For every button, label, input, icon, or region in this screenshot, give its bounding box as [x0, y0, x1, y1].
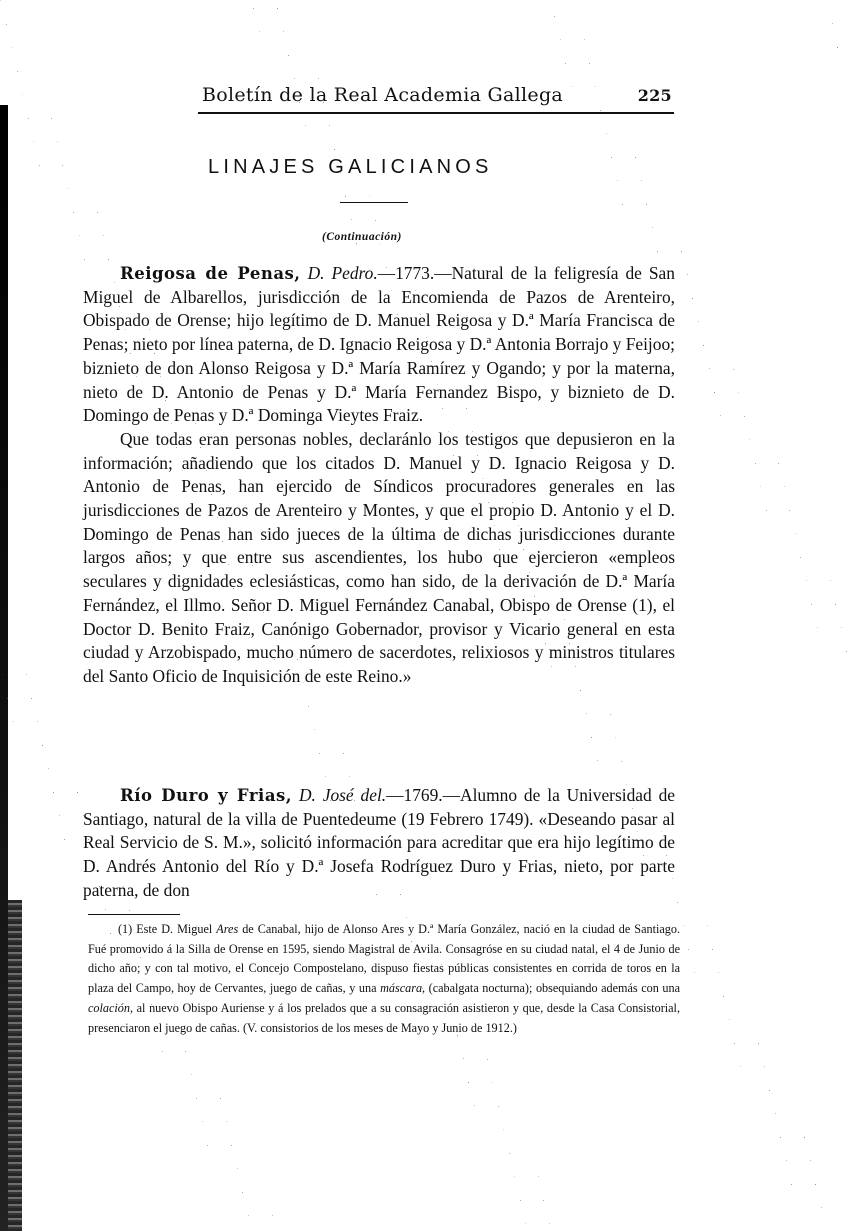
- scan-noise: [744, 416, 745, 417]
- book-binding-shadow: [8, 900, 22, 1231]
- scan-noise: [17, 71, 18, 72]
- scan-noise: [621, 761, 622, 762]
- scan-noise: [688, 949, 689, 950]
- scan-noise: [810, 1160, 811, 1161]
- scan-noise: [246, 541, 247, 542]
- scan-noise: [420, 314, 421, 315]
- scan-noise: [248, 1215, 249, 1216]
- scan-noise: [540, 619, 541, 620]
- scan-noise: [499, 549, 500, 550]
- footnote-italic-term: Ares: [216, 922, 238, 936]
- scan-noise: [591, 737, 592, 738]
- scan-noise: [632, 808, 633, 809]
- scan-noise: [253, 8, 254, 9]
- scan-noise: [279, 682, 280, 683]
- scan-noise: [220, 1098, 221, 1099]
- scan-noise: [837, 47, 838, 48]
- scan-noise: [637, 831, 638, 832]
- scan-noise: [758, 1043, 759, 1044]
- scan-noise: [2, 674, 3, 675]
- scan-noise: [525, 1223, 526, 1224]
- scan-noise: [477, 455, 478, 456]
- scan-noise: [33, 141, 34, 142]
- scan-noise: [595, 86, 596, 87]
- scan-noise: [543, 1200, 544, 1201]
- scan-noise: [53, 792, 54, 793]
- scan-noise: [661, 831, 662, 832]
- scan-noise: [349, 776, 350, 777]
- scan-noise: [257, 588, 258, 589]
- scan-noise: [0, 0, 1, 1]
- scan-noise: [77, 792, 78, 793]
- scan-noise: [108, 259, 109, 260]
- scan-noise: [569, 643, 570, 644]
- scan-noise: [226, 1121, 227, 1122]
- entry-given-name: D. José del.: [299, 785, 386, 805]
- scan-noise: [610, 714, 611, 715]
- title-rule: [340, 202, 408, 203]
- scan-noise: [512, 502, 513, 503]
- scan-noise: [129, 910, 130, 911]
- scan-noise: [778, 463, 779, 464]
- entry-reigosa-de-penas: Reigosa de Penas, D. Pedro.—1773.—Natura…: [83, 262, 675, 689]
- scan-noise: [371, 870, 372, 871]
- scan-noise: [305, 125, 306, 126]
- entry-text: —1773.—Natural de la feligresía de San M…: [83, 263, 675, 425]
- scan-noise: [529, 572, 530, 573]
- scan-noise: [191, 1074, 192, 1075]
- scan-noise: [600, 110, 601, 111]
- scan-noise: [26, 674, 27, 675]
- scan-noise: [672, 878, 673, 879]
- scan-noise: [162, 1051, 163, 1052]
- scan-noise: [323, 102, 324, 103]
- scan-noise: [441, 964, 442, 965]
- entry-surname: Reigosa de Penas,: [120, 264, 301, 283]
- scan-noise: [821, 1207, 822, 1208]
- scan-noise: [114, 282, 115, 283]
- scan-noise: [395, 870, 396, 871]
- scan-noise: [811, 604, 812, 605]
- entry-paragraph: Reigosa de Penas, D. Pedro.—1773.—Natura…: [83, 262, 675, 428]
- scan-noise: [97, 212, 98, 213]
- scan-noise: [134, 933, 135, 934]
- scan-noise: [514, 1176, 515, 1177]
- scan-noise: [231, 1145, 232, 1146]
- scan-noise: [217, 517, 218, 518]
- scan-noise: [375, 220, 376, 221]
- scan-noise: [406, 917, 407, 918]
- scan-noise: [206, 470, 207, 471]
- scan-noise: [575, 666, 576, 667]
- scan-noise: [340, 172, 341, 173]
- scan-noise: [31, 698, 32, 699]
- scan-noise: [712, 949, 713, 950]
- scan-noise: [780, 1137, 781, 1138]
- scan-noise: [411, 941, 412, 942]
- footnote-italic-term: máscara: [380, 981, 422, 995]
- entry-rio-duro-y-frias: Río Duro y Frias, D. José del.—1769.—Alu…: [83, 784, 675, 903]
- scan-noise: [343, 753, 344, 754]
- page-number: 225: [638, 86, 672, 105]
- scan-noise: [356, 243, 357, 244]
- scan-noise: [564, 619, 565, 620]
- scan-noise: [200, 447, 201, 448]
- scan-noise: [683, 925, 684, 926]
- scan-noise: [786, 1160, 787, 1161]
- scan-noise: [554, 16, 555, 17]
- scan-noise: [195, 423, 196, 424]
- scan-noise: [549, 1223, 550, 1224]
- scan-noise: [652, 227, 653, 228]
- scan-noise: [800, 557, 801, 558]
- scan-noise: [832, 23, 833, 24]
- scan-noise: [538, 1176, 539, 1177]
- scan-noise: [94, 862, 95, 863]
- scan-noise: [657, 251, 658, 252]
- scan-noise: [272, 1215, 273, 1216]
- scan-noise: [806, 580, 807, 581]
- scan-noise: [351, 219, 352, 220]
- entry-paragraph: Río Duro y Frias, D. José del.—1769.—Alu…: [83, 784, 675, 903]
- scan-noise: [453, 455, 454, 456]
- scan-noise: [386, 267, 387, 268]
- scan-noise: [28, 118, 29, 119]
- scan-noise: [165, 400, 166, 401]
- scan-noise: [59, 815, 60, 816]
- scan-noise: [130, 353, 131, 354]
- section-subtitle: (Continuación): [322, 231, 402, 243]
- scan-noise: [252, 565, 253, 566]
- scan-noise: [397, 314, 398, 315]
- scan-noise: [149, 329, 150, 330]
- scan-noise: [57, 141, 58, 142]
- scan-noise: [354, 800, 355, 801]
- scan-noise: [703, 345, 704, 346]
- scan-noise: [369, 196, 370, 197]
- scan-noise: [428, 1011, 429, 1012]
- section-title: LINAJES GALICIANOS: [208, 156, 493, 179]
- entry-surname: Río Duro y Frias,: [120, 786, 292, 805]
- scan-noise: [846, 651, 847, 652]
- scan-noise: [13, 721, 14, 722]
- scan-noise: [474, 1105, 475, 1106]
- scan-noise: [733, 369, 734, 370]
- scan-noise: [766, 510, 767, 511]
- scan-noise: [263, 612, 264, 613]
- scan-noise: [400, 894, 401, 895]
- book-binding-edge: [0, 105, 8, 1231]
- scan-noise: [136, 376, 137, 377]
- scan-noise: [646, 204, 647, 205]
- scan-noise: [174, 1004, 175, 1005]
- scan-noise: [314, 729, 315, 730]
- scan-noise: [389, 847, 390, 848]
- scan-noise: [79, 235, 80, 236]
- scan-noise: [125, 329, 126, 330]
- scan-noise: [597, 760, 598, 761]
- scan-noise: [615, 737, 616, 738]
- scan-noise: [37, 721, 38, 722]
- scan-noise: [380, 243, 381, 244]
- scan-noise: [7, 698, 8, 699]
- scan-noise: [294, 78, 295, 79]
- scan-noise: [437, 384, 438, 385]
- scan-noise: [463, 1058, 464, 1059]
- scan-noise: [468, 1082, 469, 1083]
- scan-noise: [641, 180, 642, 181]
- entry-given-name: D. Pedro.: [308, 263, 378, 283]
- scan-noise: [611, 157, 612, 158]
- scan-noise: [207, 1145, 208, 1146]
- scan-noise: [764, 1066, 765, 1067]
- footnote: (1) Este D. Miguel Ares de Canabal, hijo…: [88, 920, 680, 1038]
- scan-noise: [694, 972, 695, 973]
- scan-noise: [185, 1051, 186, 1052]
- scan-noise: [211, 494, 212, 495]
- scan-noise: [202, 1121, 203, 1122]
- scan-noise: [755, 463, 756, 464]
- scan-noise: [841, 627, 842, 628]
- scan-noise: [749, 439, 750, 440]
- scan-noise: [182, 470, 183, 471]
- scan-noise: [288, 55, 289, 56]
- scan-noise: [643, 855, 644, 856]
- scan-noise: [156, 1027, 157, 1028]
- scan-noise: [709, 368, 710, 369]
- scan-noise: [466, 408, 467, 409]
- scan-noise: [68, 188, 69, 189]
- scan-noise: [483, 478, 484, 479]
- scan-noise: [303, 682, 304, 683]
- scan-noise: [42, 745, 43, 746]
- scan-noise: [391, 290, 392, 291]
- scan-noise: [84, 259, 85, 260]
- scan-noise: [283, 31, 284, 32]
- scan-noise: [589, 63, 590, 64]
- scan-noise: [242, 1192, 243, 1193]
- scan-noise: [723, 996, 724, 997]
- scan-noise: [626, 784, 627, 785]
- scan-noise: [666, 855, 667, 856]
- scan-noise: [734, 1043, 735, 1044]
- scan-noise: [560, 39, 561, 40]
- scan-noise: [487, 1059, 488, 1060]
- scan-noise: [663, 274, 664, 275]
- scan-noise: [494, 525, 495, 526]
- scan-noise: [687, 274, 688, 275]
- scan-noise: [740, 1066, 741, 1067]
- scan-noise: [171, 423, 172, 424]
- scan-noise: [551, 666, 552, 667]
- scan-noise: [448, 431, 449, 432]
- footnote-marker: (1): [118, 922, 132, 936]
- running-head: Boletín de la Real Academia Gallega 225: [202, 80, 674, 110]
- footnote-rule: [88, 914, 180, 915]
- scan-noise: [446, 988, 447, 989]
- scan-noise: [103, 235, 104, 236]
- scan-noise: [498, 1106, 499, 1107]
- scan-noise: [422, 988, 423, 989]
- scan-noise: [334, 149, 335, 150]
- scan-noise: [835, 604, 836, 605]
- scan-noise: [635, 157, 636, 158]
- entry-paragraph: Que todas eran personas nobles, declarán…: [83, 428, 675, 689]
- scan-noise: [402, 337, 403, 338]
- scan-noise: [518, 525, 519, 526]
- scan-noise: [622, 204, 623, 205]
- scan-noise: [140, 957, 141, 958]
- scan-noise: [789, 510, 790, 511]
- scan-noise: [692, 298, 693, 299]
- scan-noise: [580, 690, 581, 691]
- scan-noise: [274, 659, 275, 660]
- scan-noise: [222, 541, 223, 542]
- scan-noise: [668, 298, 669, 299]
- scan-noise: [325, 776, 326, 777]
- scan-noise: [180, 1027, 181, 1028]
- scan-noise: [22, 94, 23, 95]
- scan-noise: [51, 118, 52, 119]
- scan-noise: [472, 431, 473, 432]
- footnote-paragraph: (1) Este D. Miguel Ares de Canabal, hijo…: [88, 920, 680, 1038]
- scan-noise: [88, 839, 89, 840]
- scan-noise: [308, 706, 309, 707]
- scan-noise: [520, 1200, 521, 1201]
- scan-noise: [817, 627, 818, 628]
- scan-noise: [345, 196, 346, 197]
- scan-noise: [360, 823, 361, 824]
- scan-noise: [534, 596, 535, 597]
- scan-noise: [259, 31, 260, 32]
- scan-noise: [99, 886, 100, 887]
- scan-noise: [698, 321, 699, 322]
- scan-noise: [523, 549, 524, 550]
- scan-noise: [760, 486, 761, 487]
- journal-title: Boletín de la Real Academia Gallega: [202, 84, 563, 106]
- scan-noise: [268, 635, 269, 636]
- scan-noise: [105, 909, 106, 910]
- scan-noise: [292, 635, 293, 636]
- scan-noise: [417, 964, 418, 965]
- scan-noise: [830, 580, 831, 581]
- scan-noise: [228, 564, 229, 565]
- scan-noise: [119, 306, 120, 307]
- scan-noise: [707, 925, 708, 926]
- scan-noise: [73, 212, 74, 213]
- scan-noise: [769, 1090, 770, 1091]
- scan-noise: [11, 47, 12, 48]
- scan-noise: [606, 133, 607, 134]
- scan-noise: [299, 102, 300, 103]
- scan-noise: [64, 839, 65, 840]
- scan-noise: [714, 392, 715, 393]
- scan-noise: [154, 353, 155, 354]
- scan-noise: [571, 86, 572, 87]
- scan-noise: [330, 800, 331, 801]
- scan-noise: [545, 643, 546, 644]
- scan-noise: [815, 1184, 816, 1185]
- scan-noise: [48, 768, 49, 769]
- scan-noise: [318, 78, 319, 79]
- scan-noise: [160, 376, 161, 377]
- scan-noise: [123, 886, 124, 887]
- scan-noise: [509, 1153, 510, 1154]
- scan-noise: [720, 415, 721, 416]
- scan-noise: [319, 753, 320, 754]
- scan-noise: [503, 1129, 504, 1130]
- scan-noise: [617, 180, 618, 181]
- scan-noise: [452, 1011, 453, 1012]
- scan-noise: [584, 39, 585, 40]
- scan-noise: [176, 447, 177, 448]
- scan-noise: [677, 902, 678, 903]
- scan-noise: [492, 1082, 493, 1083]
- scan-noise: [738, 392, 739, 393]
- scan-noise: [233, 588, 234, 589]
- scan-noise: [415, 290, 416, 291]
- scan-noise: [329, 125, 330, 126]
- scan-noise: [6, 24, 7, 25]
- scan-noise: [457, 1035, 458, 1036]
- scan-noise: [145, 980, 146, 981]
- scan-noise: [586, 713, 587, 714]
- scan-noise: [62, 165, 63, 166]
- scan-noise: [791, 1184, 792, 1185]
- scan-noise: [442, 408, 443, 409]
- header-rule: [198, 112, 674, 114]
- footnote-text: , (cabalgata nocturna); obsequiando adem…: [422, 981, 680, 995]
- scan-noise: [277, 8, 278, 9]
- scan-noise: [784, 486, 785, 487]
- scan-noise: [237, 1168, 238, 1169]
- scan-noise: [775, 1113, 776, 1114]
- scan-noise: [376, 894, 377, 895]
- scan-noise: [110, 933, 111, 934]
- footnote-text: Este D. Miguel: [132, 922, 216, 936]
- scan-noise: [431, 361, 432, 362]
- scan-noise: [83, 815, 84, 816]
- footnote-text: , al nuevo Obispo Auriense y á los prela…: [88, 1001, 680, 1035]
- scan-noise: [151, 1004, 152, 1005]
- scan-noise: [718, 972, 719, 973]
- scan-noise: [804, 1137, 805, 1138]
- scan-noise: [795, 533, 796, 534]
- scan-noise: [426, 337, 427, 338]
- scan-noise: [196, 1098, 197, 1099]
- scan-noise: [565, 63, 566, 64]
- scan-noise: [488, 502, 489, 503]
- footnote-italic-term: colación: [88, 1001, 130, 1015]
- scan-noise: [681, 251, 682, 252]
- scan-noise: [365, 847, 366, 848]
- scan-noise: [729, 1019, 730, 1020]
- scan-noise: [297, 659, 298, 660]
- scan-noise: [39, 165, 40, 166]
